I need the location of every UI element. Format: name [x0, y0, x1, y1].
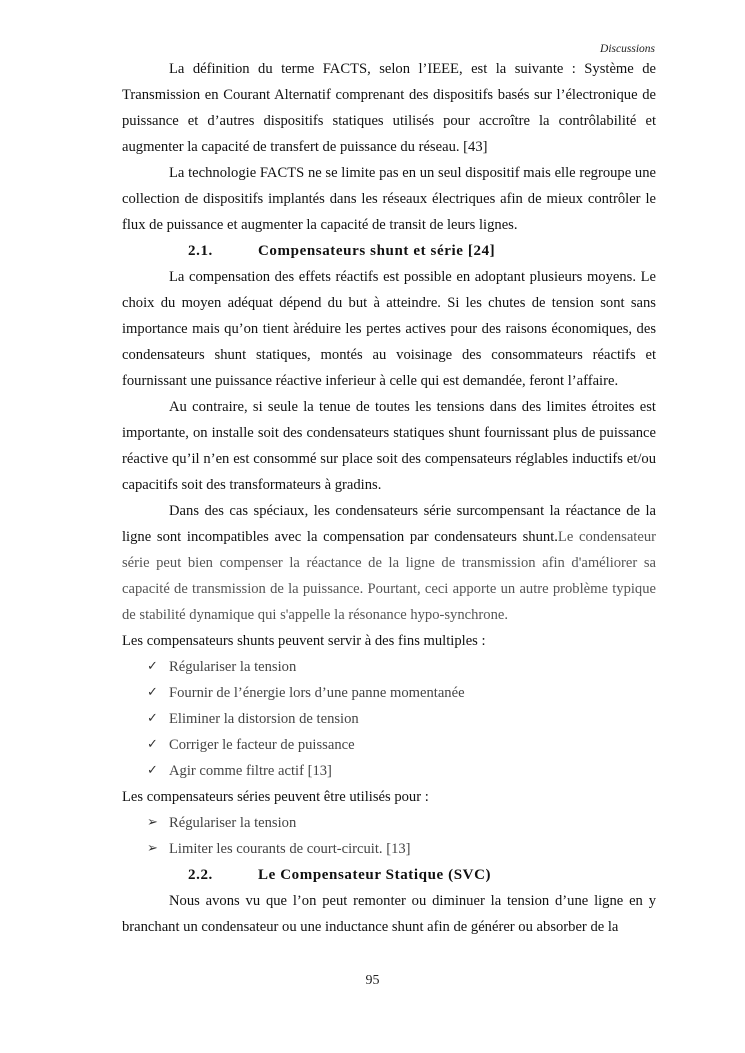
section-heading-2-2: 2.2. Le Compensateur Statique (SVC) [122, 862, 656, 888]
list-item: ✓Eliminer la distorsion de tension [122, 706, 656, 732]
checkmark-icon: ✓ [147, 706, 158, 732]
section-number: 2.1. [188, 238, 213, 264]
paragraph-contrary: Au contraire, si seule la tenue de toute… [122, 394, 656, 498]
list-item: ➢Limiter les courants de court-circuit. … [122, 836, 656, 862]
checkmark-icon: ✓ [147, 758, 158, 784]
section-heading-2-1: 2.1. Compensateurs shunt et série [24] [122, 238, 656, 264]
checkmark-icon: ✓ [147, 732, 158, 758]
section-title: Le Compensateur Statique (SVC) [258, 862, 491, 888]
list-item-text: Limiter les courants de court-circuit. [… [169, 841, 411, 857]
paragraph-compensation: La compensation des effets réactifs est … [122, 264, 656, 394]
list-item-text: Régulariser la tension [169, 815, 296, 831]
list-item-text: Corriger le facteur de puissance [169, 737, 355, 753]
paragraph-facts-definition: La définition du terme FACTS, selon l’IE… [122, 56, 656, 160]
page-number: 95 [0, 973, 745, 989]
list-item: ➢Régulariser la tension [122, 810, 656, 836]
body-text: La définition du terme FACTS, selon l’IE… [122, 56, 656, 940]
section-number: 2.2. [188, 862, 213, 888]
shunt-list-intro: Les compensateurs shunts peuvent servir … [122, 628, 656, 654]
checkmark-icon: ✓ [147, 680, 158, 706]
arrow-bullet-icon: ➢ [147, 836, 158, 862]
arrow-bullet-icon: ➢ [147, 810, 158, 836]
shunt-uses-list: ✓Régulariser la tension ✓Fournir de l’én… [122, 654, 656, 784]
list-item: ✓Corriger le facteur de puissance [122, 732, 656, 758]
series-uses-list: ➢Régulariser la tension ➢Limiter les cou… [122, 810, 656, 862]
list-item-text: Fournir de l’énergie lors d’une panne mo… [169, 685, 465, 701]
checkmark-icon: ✓ [147, 654, 158, 680]
paragraph-svc-intro: Nous avons vu que l’on peut remonter ou … [122, 888, 656, 940]
document-page: Discussions La définition du terme FACTS… [0, 0, 745, 1053]
paragraph-facts-technology: La technologie FACTS ne se limite pas en… [122, 160, 656, 238]
series-list-intro: Les compensateurs séries peuvent être ut… [122, 784, 656, 810]
list-item-text: Agir comme filtre actif [13] [169, 763, 332, 779]
list-item: ✓Agir comme filtre actif [13] [122, 758, 656, 784]
list-item-text: Régulariser la tension [169, 659, 296, 675]
running-header: Discussions [600, 43, 655, 55]
paragraph-special-cases: Dans des cas spéciaux, les condensateurs… [122, 498, 656, 628]
list-item: ✓Fournir de l’énergie lors d’une panne m… [122, 680, 656, 706]
list-item: ✓Régulariser la tension [122, 654, 656, 680]
section-title: Compensateurs shunt et série [24] [258, 238, 495, 264]
list-item-text: Eliminer la distorsion de tension [169, 711, 359, 727]
